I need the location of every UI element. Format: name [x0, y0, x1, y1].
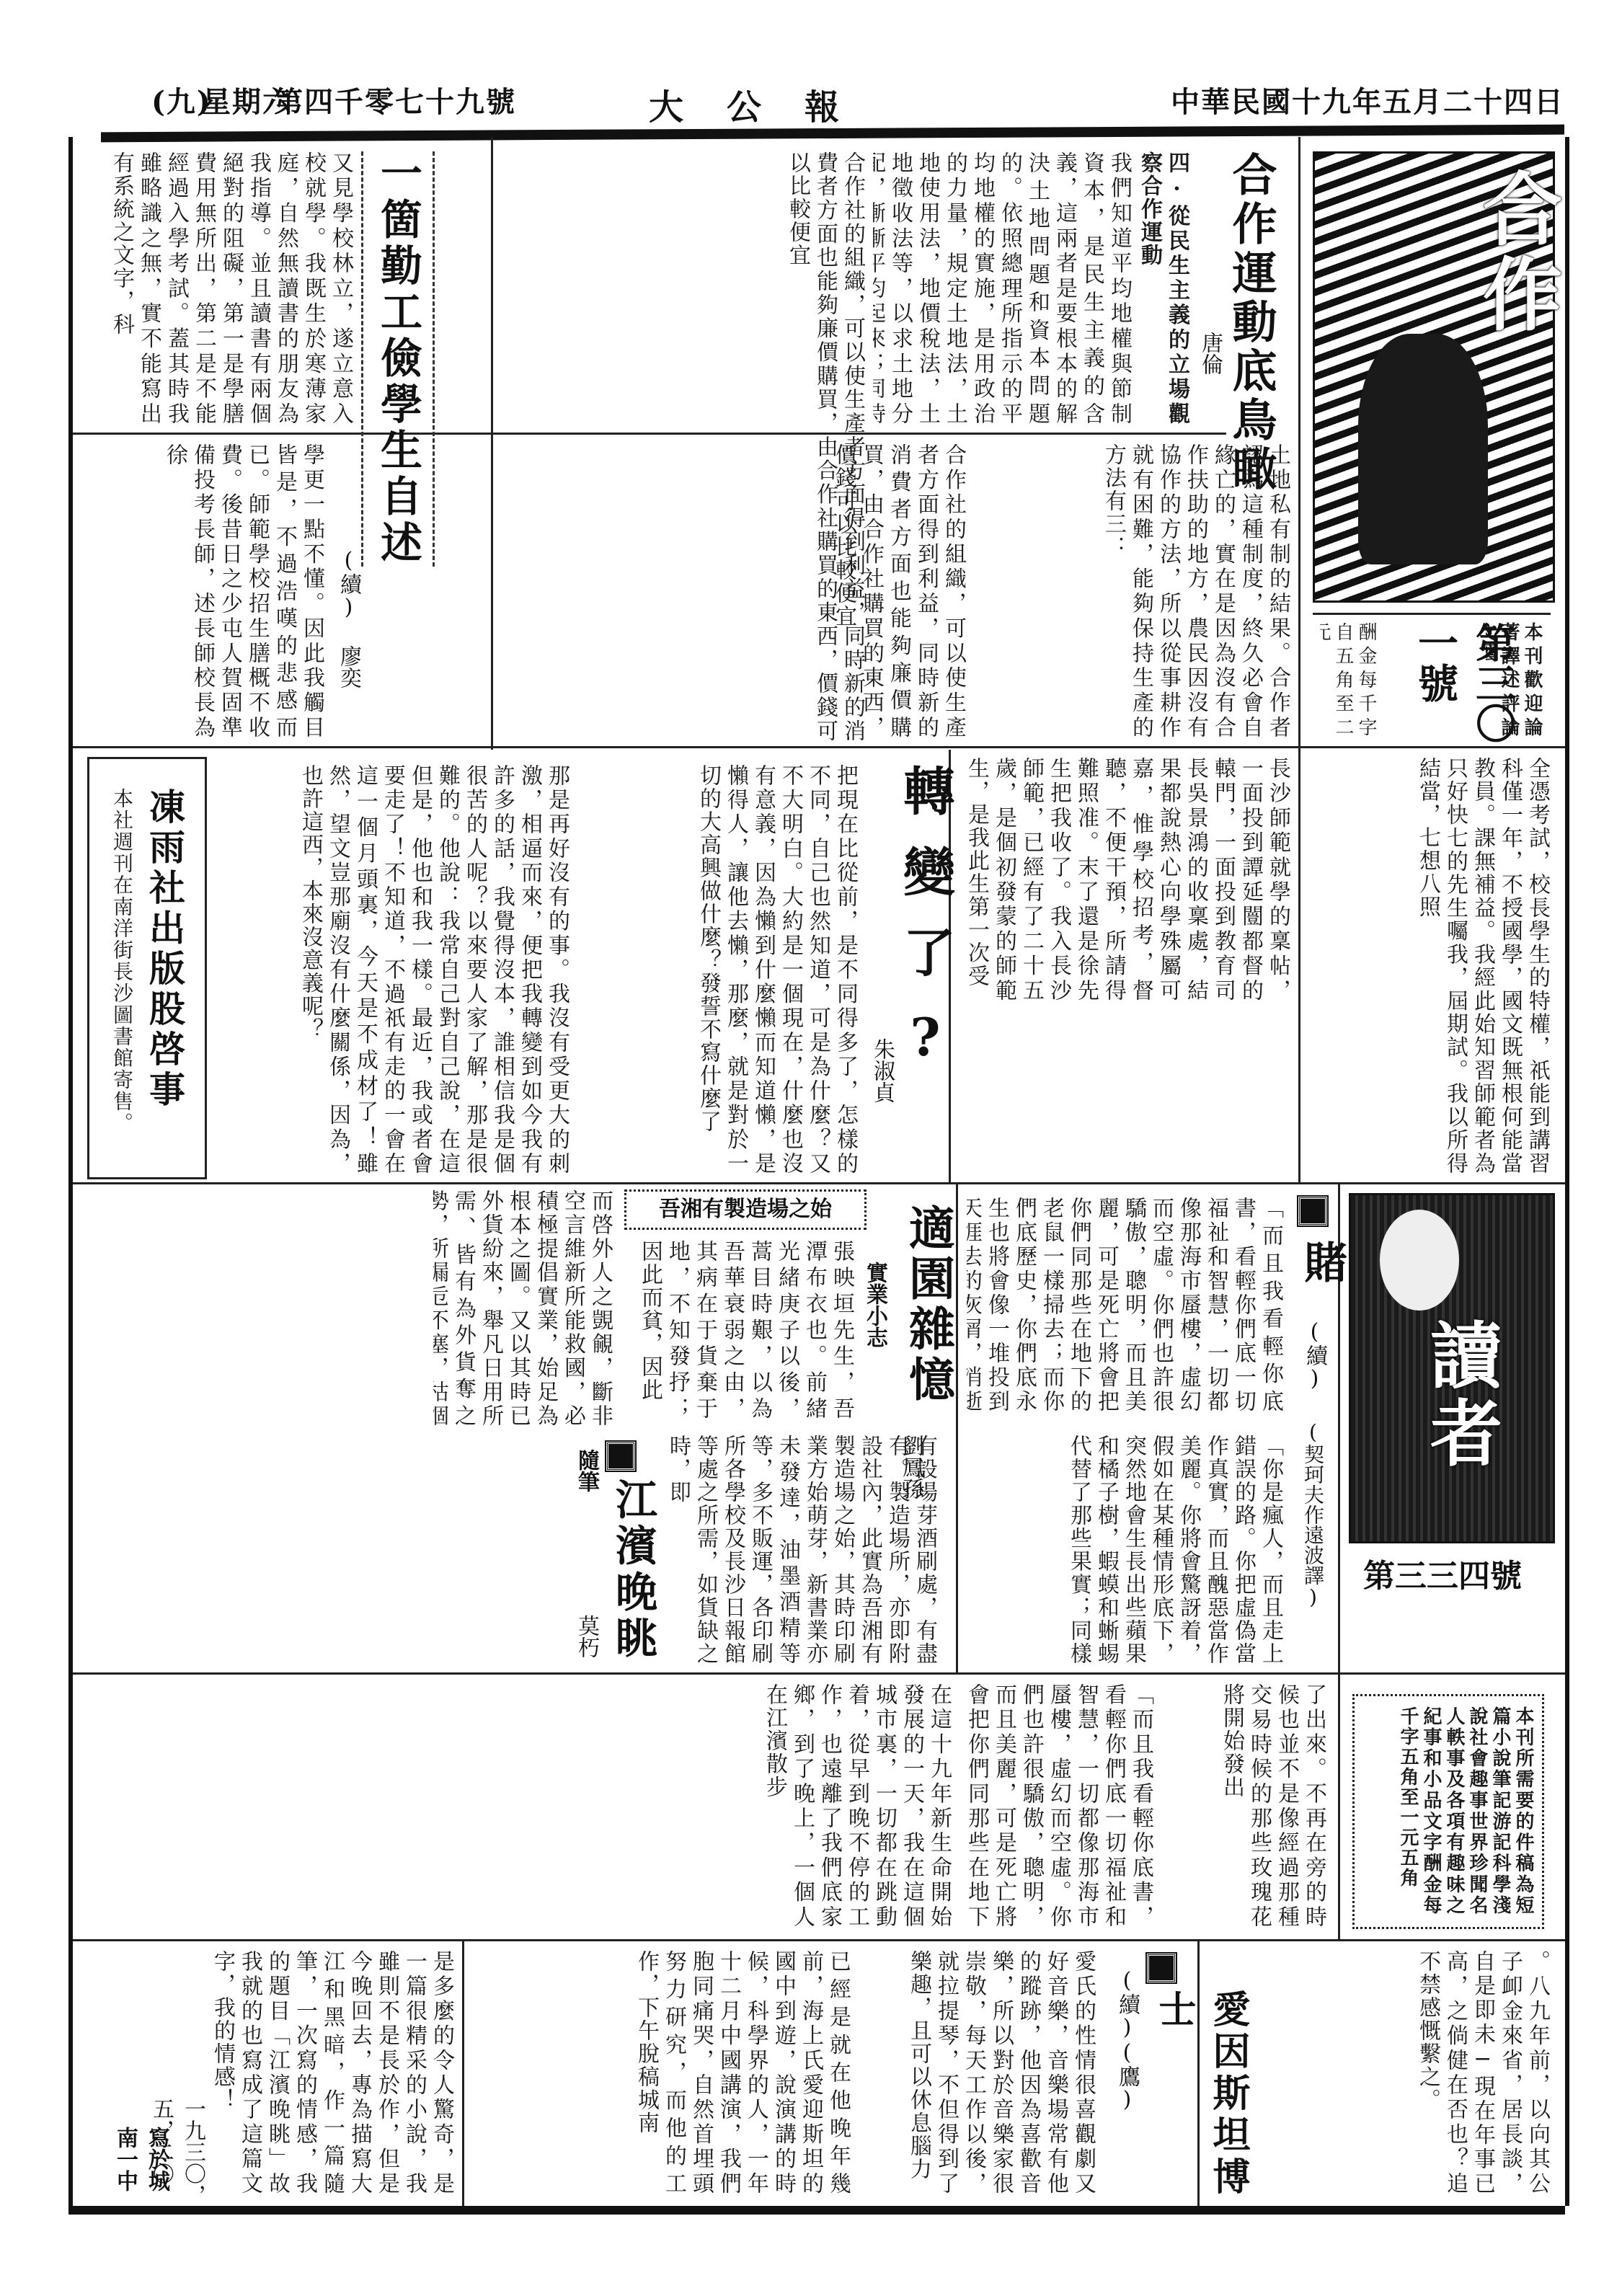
subheading-text: 吾湘有製造場之始 — [626, 1192, 864, 1228]
call-for-papers-box: 本刊所需要的件稿為短篇小說筆記游記科學淺說社會趣事世界珍聞名人軼事及各項有趣味之… — [1352, 1694, 1544, 1929]
call-for-papers-text: 本刊所需要的件稿為短篇小說筆記游記科學淺說社會趣事世界珍聞名人軼事及各項有趣味之… — [1362, 1706, 1535, 1915]
square-block-icon — [1298, 1197, 1327, 1225]
cooperation-issue-label: 第三〇一號 — [1406, 622, 1522, 745]
story-title-transformation: 轉變了? — [887, 764, 962, 1096]
column-divider — [1338, 1182, 1340, 1939]
article-continued: (續) 廖奕 — [332, 548, 364, 688]
column-divider — [1298, 750, 1300, 1182]
masthead-weekday: 星期六 — [202, 79, 293, 120]
continued-label: (續) — [1298, 1319, 1330, 1391]
dongyu-notice-box: 凍雨社出版股啓事 本社週刊在南洋街長沙圖書館寄售。 — [87, 757, 207, 1179]
tier-divider — [73, 1939, 1565, 1941]
einstein-author: (鷹) — [1114, 2040, 1140, 2112]
continued-label: (續) — [336, 548, 361, 620]
notice-title: 凍雨社出版股啓事 — [138, 788, 190, 1111]
continued-label: (續)(鷹) — [1111, 1968, 1143, 2112]
tier-divider — [73, 1672, 1565, 1675]
story-body: 那是再好沒有的事。我沒有受更大的刺激，相逼而來，便把我轉變到如今我有許多的話，我… — [217, 764, 570, 1175]
story-body: 了出來。不再在旁的時候也並不是像經過那種交易時候的那些玫瑰花將開始發出 — [1169, 1683, 1327, 1928]
section-marker — [606, 1442, 635, 1473]
article-body: 長沙師範就學的稟帖，一面投到譚延闓都督的轅門，一面投到教育司長吳景鴻的收稟處，結… — [960, 757, 1291, 1002]
readers-banner-title: 讀者 — [1409, 1318, 1512, 1473]
essay-title-river-evening: 江濱晚眺 — [603, 1478, 663, 1662]
article-body: 我們知道平均地權與節制資本，是民生主義的含義，這兩者是要根本的解決土地問題和資本… — [873, 151, 1133, 425]
payment-notice: 酬金每千字自五角至二元 — [1320, 622, 1378, 737]
article-body: 。八九年前，以向其公子卹金來省，居長談，自是即未─現在年事已高，之倘健在否也？追… — [1212, 1950, 1551, 2195]
article-body: 又見學校林立，遂立意入校就學。我既生於寒薄家庭，自然無讀書的朋友為我指導。並且讀… — [87, 151, 354, 425]
work-study-title-text: 一箇勤工儉學生自述 — [373, 151, 422, 567]
article-body: 已經是就在他晚年幾前，海上氏愛迎斯坦的國中到遊，說演講的時候，科學界的人，一年十… — [477, 1950, 851, 2195]
masthead-date: 中華民國十九年五月二十四日 — [1171, 79, 1564, 120]
article-subtitle: 實業小志 — [859, 1262, 890, 1348]
article-author: 廖奕 — [336, 645, 361, 688]
article-body: 愛氏的性情很喜觀劇又好音樂，音樂場常有他的蹤跡，他因為喜歡音樂，所以對於音樂家很… — [866, 1950, 1096, 2195]
square-block-icon — [606, 1442, 635, 1471]
story-body: 把現在比從前，是不同得多了，怎樣的不同，自己也然知道，可是為什麼？又不大明白。大… — [577, 764, 859, 1175]
section-marker — [1298, 1197, 1327, 1228]
masthead-page-number: (九) — [151, 79, 212, 120]
tier-divider — [73, 1182, 1565, 1184]
story-title-gamble: 賭 — [1291, 1240, 1353, 1287]
page-frame: 合作 本刊歡迎論著譯述評論文藝 第三〇一號 酬金每千字自五角至二元 合作運動底鳥… — [68, 137, 1569, 2206]
einstein-continued: (續) — [1114, 1968, 1140, 2040]
cooperation-issue-box: 本刊歡迎論著譯述評論文藝 第三〇一號 酬金每千字自五角至二元 — [1313, 613, 1551, 745]
tier-divider — [73, 746, 1565, 748]
story-author: 朱淑貞 — [866, 1038, 898, 1103]
article-body: 張映垣先生，吾潭布衣也。前緒光緒庚子以後，蒿目時艱，以為吾華衰弱之由，其病在于貨… — [624, 1240, 855, 1420]
story-body: 「而且我看輕你底書，看輕你們底一切福祉和智慧，一切都像那海市蜃樓，虛幻而空虛。你… — [967, 1683, 1154, 1928]
essay-category: 隨筆 — [570, 1449, 602, 1492]
section-heading: 四·從民生主義的立場觀察合作運動 — [1140, 151, 1190, 425]
readers-issue-label: 第三三四號 — [1363, 1550, 1522, 1596]
essay-author: 莫朽 — [570, 1615, 602, 1658]
square-block-icon — [1147, 1954, 1176, 1982]
column-divider — [462, 1939, 464, 2206]
article-author: 唐倫 — [1194, 332, 1226, 375]
column-divider — [1298, 137, 1300, 750]
column-divider — [491, 137, 493, 750]
essay-body: 是多麼的令人驚奇，是一篇很精采的小說，我雖則不是長於作，但是今晚回去，專為描寫大… — [188, 1950, 455, 2195]
cooperation-banner-woodcut: 合作 — [1313, 151, 1555, 603]
story-credit: (契珂夫作遠波譯) — [1298, 1420, 1327, 1609]
essay-signature-place: 寫於城南一中 — [109, 2127, 172, 2206]
article-title-work-study: 一箇勤工儉學生自述 — [361, 151, 435, 567]
article-body: 有設場芽酒刷處，有盡有。製造場所，亦即附設社內，此實為吾湘有製造場之始，其時印刷… — [635, 1435, 938, 1665]
section-marker — [1147, 1954, 1176, 1985]
article-body: 學更一點不懂。因此我觸目皆是，不過浩嘆的悲感而已。師範學校招生膳概不收費。後昔日… — [87, 443, 325, 739]
article-body: 而啓外人之覬覦，斷非空言維新所能救國，必積極提倡實業，始足為根本之圖。又以其時已… — [433, 1189, 613, 1427]
masthead-paper-name: 大公報 — [649, 79, 882, 129]
footer-rule — [68, 2206, 1565, 2215]
article-title-garden-memories: 適園雜憶 — [895, 1204, 961, 1406]
article-body: 合作社的組織，可以使生產者方面得到利益，同時新的消費者方面也能夠廉價購買，由合作… — [505, 151, 866, 743]
subheading-box: 吾湘有製造場之始 — [624, 1189, 867, 1230]
masthead-issue-number: 第四千零七十九號 — [274, 79, 516, 120]
cooperation-banner-title: 合作 — [1459, 168, 1573, 338]
notice-body: 本社週刊在南洋街長沙圖書館寄售。 — [99, 788, 136, 1163]
masthead: 中華民國十九年五月二十四日 大公報 第四千零七十九號 星期六 (九) — [151, 79, 1564, 123]
story-body: 「你是瘋人，而且走上錯誤的路。你把虛偽當作真實，而且醜惡當作美麗。你將會驚訝着，… — [967, 1435, 1284, 1665]
reader-face-illustration — [1380, 1210, 1459, 1311]
article-body — [87, 1189, 426, 1665]
readers-banner-woodcut: 讀者 — [1349, 1193, 1555, 1543]
article-body: 土地私有制的結果。合作者認為這種制度，終久必會自緣亡的，實在是因為沒有合作扶助的… — [974, 443, 1291, 739]
essay-body: 在這十九年新生命開始發展的一天，我在這個城市裏，一切都在跳動着，從早到晚不停的工… — [87, 1683, 952, 1928]
article-body: 全憑考試，校長學生的特權，祇能到講習科僅一年，不授國學，國文既無根何能當教員。課… — [1313, 757, 1551, 1175]
worker-figure-illustration — [1358, 334, 1488, 564]
story-body: 「而且我看輕你底書，看輕你們底一切福祉和智慧，一切都像那海市蜃樓，虛幻而空虛。你… — [967, 1197, 1284, 1413]
